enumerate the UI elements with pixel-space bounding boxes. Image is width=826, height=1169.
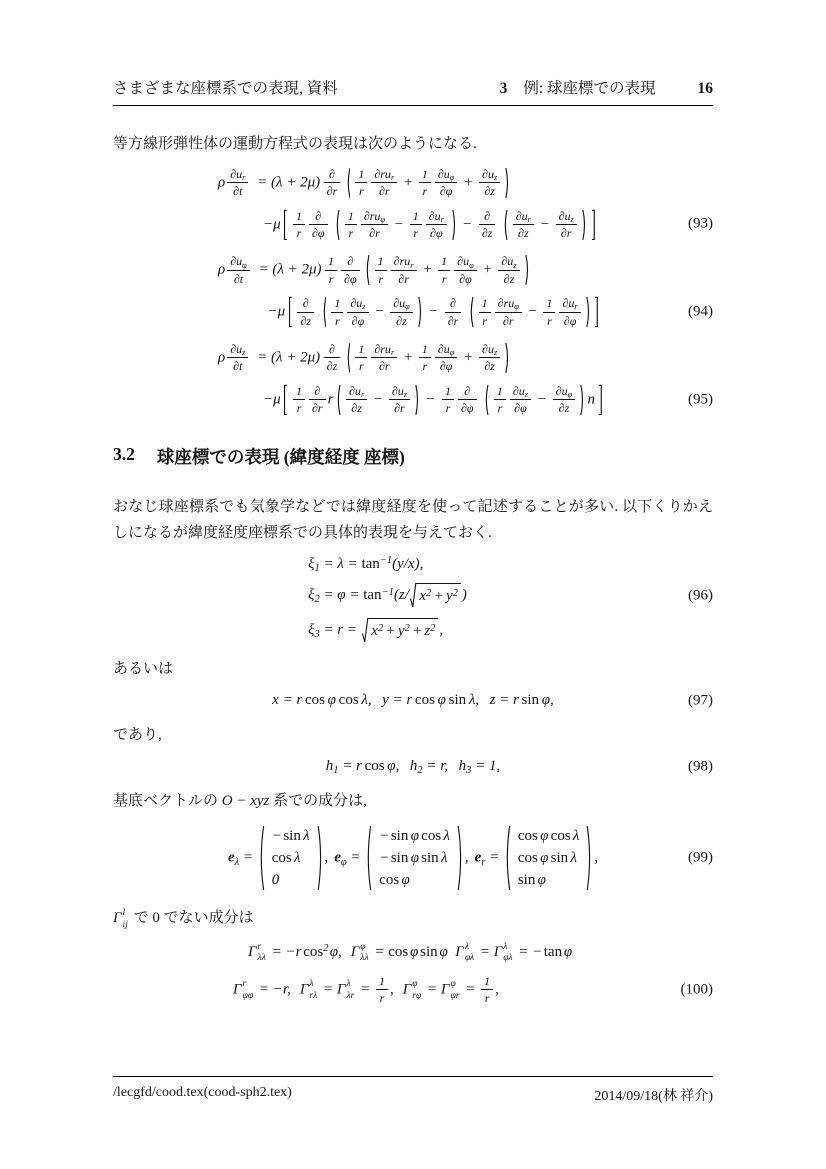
footer-source-path: /lecgfd/cood.tex(cood-sph2.tex) (113, 1085, 292, 1105)
christoffel-inline-math: Γlij (113, 910, 130, 926)
basis-text-pre: 基底ベクトルの (113, 793, 222, 809)
body-paragraph: おなじ球座標系でも気象学などでは緯度経度を使って記述することが多い. 以下くりか… (113, 495, 713, 547)
basis-vector-paragraph: 基底ベクトルの O − xyz 系での成分は, (113, 789, 713, 815)
page: さまざまな座標系での表現, 資料 3 例: 球座標での表現 16 等方線形弾性体… (0, 0, 826, 1169)
section-title: 球座標での表現 (緯度経度 座標) (157, 444, 405, 469)
header-running-title: さまざまな座標系での表現, 資料 (113, 76, 338, 98)
header-page-number: 16 (698, 80, 714, 98)
equation-94: ρ∂uφ∂t = (λ + 2μ)1r∂∂φ1r∂rur∂r+1r∂uφ∂φ+∂… (113, 249, 713, 333)
equation-97: x = rcosφcosλ,y = rcosφsinλ,z = rsinφ,(9… (113, 687, 713, 714)
equation-95: ρ∂uz∂t = (λ + 2μ)∂∂z1r∂rur∂r+1r∂uφ∂φ+∂uz… (113, 337, 713, 421)
header-section-number: 3 (500, 80, 508, 98)
header-section-title: 例: 球座標での表現 (523, 76, 655, 98)
equation-100: Γrλλ = −rcos2φ,Γφλλ = cosφsinφΓλφλ = Γλφ… (113, 936, 713, 1010)
section-heading: 3.2 球座標での表現 (緯度経度 座標) (113, 444, 713, 469)
page-header: さまざまな座標系での表現, 資料 3 例: 球座標での表現 16 (113, 76, 713, 106)
header-section-ref: 3 例: 球座標での表現 (500, 76, 656, 98)
page-footer: /lecgfd/cood.tex(cood-sph2.tex) 2014/09/… (113, 1076, 713, 1105)
page-body: さまざまな座標系での表現, 資料 3 例: 球座標での表現 16 等方線形弾性体… (113, 0, 713, 1010)
connective-aruiwa: あるいは (113, 657, 713, 683)
christoffel-paragraph: Γlij で 0 でない成分は (113, 906, 713, 932)
equation-99: eλ = −sinλcosλ0,eφ = −sinφcosλ−sinφsinλc… (113, 819, 713, 897)
basis-text-post: 系での成分は, (269, 793, 367, 809)
connective-deari: であり, (113, 723, 713, 749)
basis-inline-math: O − xyz (222, 793, 270, 809)
christoffel-text: で 0 でない成分は (130, 910, 254, 926)
intro-paragraph: 等方線形弾性体の運動方程式の表現は次のようになる. (113, 132, 713, 158)
equation-93: ρ∂ur∂t = (λ + 2μ)∂∂r1r∂rur∂r+1r∂uφ∂φ+∂uz… (113, 162, 713, 246)
equation-98: h1 = rcosφ,h2 = r,h3 = 1,(98) (113, 753, 713, 780)
equation-96: ξ1 = λ = tan−1(y/x),ξ2 = φ = tan−1(z/x2+… (113, 551, 713, 648)
footer-date-author: 2014/09/18(林 祥介) (594, 1085, 713, 1105)
section-number: 3.2 (113, 444, 135, 469)
